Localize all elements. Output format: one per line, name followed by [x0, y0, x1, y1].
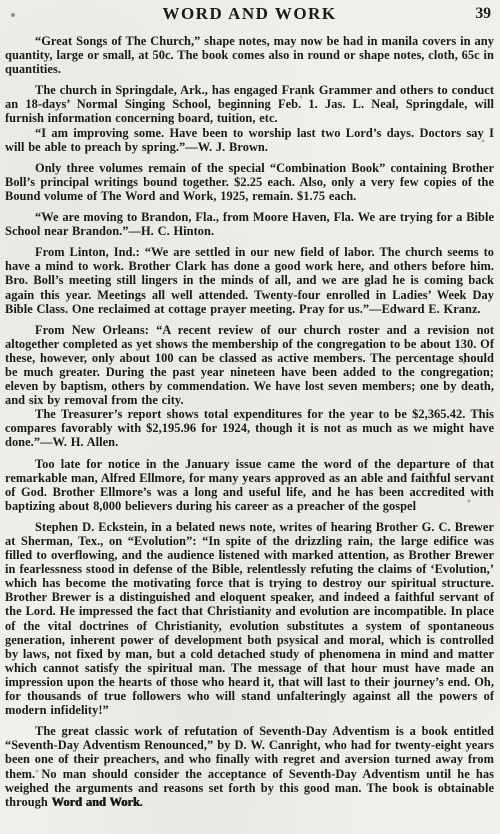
paragraph: Only three volumes remain of the special… — [5, 161, 494, 203]
scanned-page: WORD AND WORK 39 “Great Songs of The Chu… — [0, 0, 500, 809]
paragraph: The great classic work of refutation of … — [5, 724, 494, 809]
body-text: The Treasurer’s report shows total expen… — [5, 407, 494, 449]
body-text: From New Orleans: “A recent review of ou… — [5, 323, 494, 407]
body-text: . — [140, 795, 143, 809]
paragraph: “I am improving some. Have been to worsh… — [5, 126, 494, 154]
body-text: “I am improving some. Have been to worsh… — [5, 126, 494, 154]
paragraph: From New Orleans: “A recent review of ou… — [5, 323, 494, 408]
page-header: WORD AND WORK 39 — [5, 4, 494, 26]
paragraph: “We are moving to Brandon, Fla., from Mo… — [5, 210, 494, 238]
body-text: Stephen D. Eckstein, in a belated news n… — [5, 520, 494, 717]
paragraph: “Great Songs of The Church,” shape notes… — [5, 34, 494, 76]
body-text: “We are moving to Brandon, Fla., from Mo… — [5, 210, 494, 238]
body-text: Too late for notice in the January issue… — [5, 457, 494, 513]
body-text: The church in Springdale, Ark., has enga… — [5, 83, 494, 125]
body-text: From Linton, Ind.: “We are settled in ou… — [5, 245, 494, 315]
paragraph: Stephen D. Eckstein, in a belated news n… — [5, 520, 494, 717]
page-body: “Great Songs of The Church,” shape notes… — [5, 34, 494, 809]
body-text: “Great Songs of The Church,” shape notes… — [5, 34, 494, 76]
page-title: WORD AND WORK — [162, 4, 336, 23]
page-number: 39 — [476, 5, 492, 23]
bold-text: Word and Work — [51, 795, 139, 809]
paragraph: From Linton, Ind.: “We are settled in ou… — [5, 245, 494, 315]
paragraph: The church in Springdale, Ark., has enga… — [5, 83, 494, 125]
body-text: Only three volumes remain of the special… — [5, 161, 494, 203]
paragraph: Too late for notice in the January issue… — [5, 457, 494, 513]
paragraph: The Treasurer’s report shows total expen… — [5, 407, 494, 449]
